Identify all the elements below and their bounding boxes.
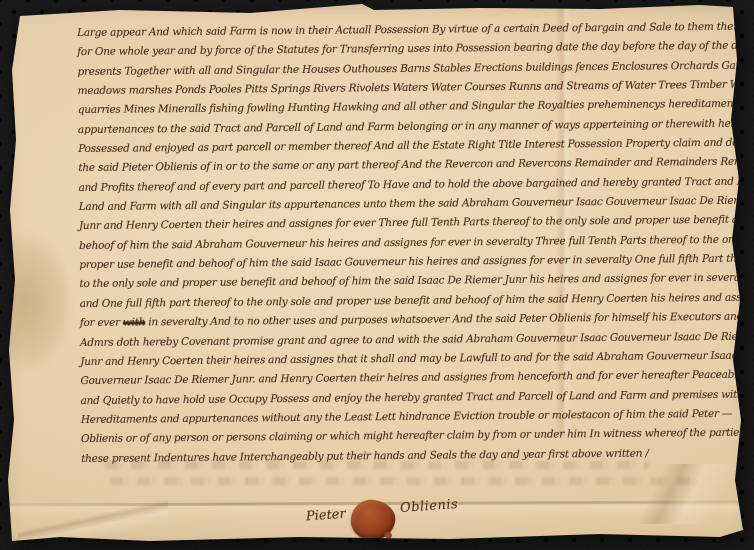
photo-canvas: { "scene": { "description": "Photograph … — [0, 0, 754, 550]
bleed-through-text-1 — [104, 461, 649, 469]
stain-left-margin — [0, 232, 72, 372]
bottom-left-fold — [18, 500, 168, 542]
bottom-right-fold — [590, 464, 750, 524]
line-16-after: in severalty And to no other uses and pu… — [145, 311, 754, 329]
strikethrough-word: with — [123, 317, 145, 329]
deed-photo: Large appear And which said Farm is now … — [0, 0, 754, 550]
deed-paper: Large appear And which said Farm is now … — [0, 0, 754, 550]
deed-text: Large appear And which said Farm is now … — [77, 18, 749, 469]
bleed-through-text-2 — [110, 477, 700, 485]
line-16-before: for ever — [80, 317, 123, 329]
